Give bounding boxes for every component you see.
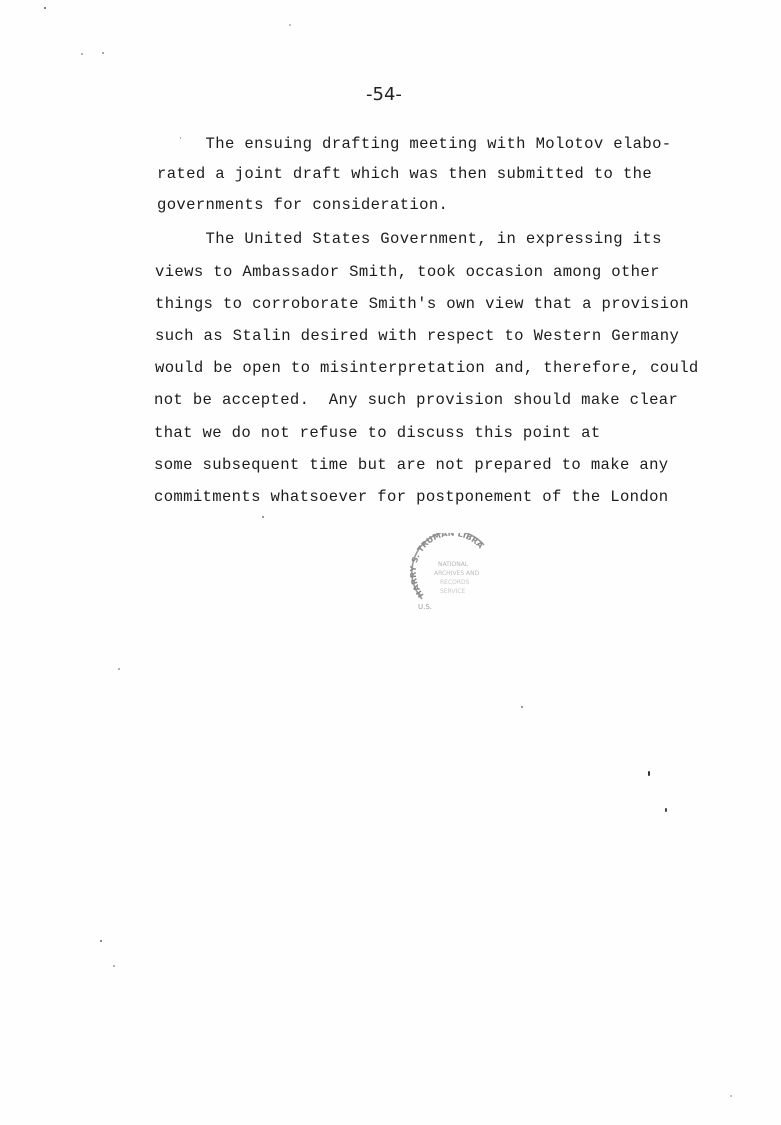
text-line: governments for consideration.	[157, 198, 448, 214]
scan-speck	[521, 706, 523, 708]
stamp-line: ARCHIVES AND	[434, 570, 480, 577]
text-line: not be accepted. Any such provision shou…	[154, 393, 678, 409]
scan-speck	[81, 53, 83, 55]
scan-speck	[100, 940, 102, 942]
stamp-bottom-text: U.S.	[418, 603, 432, 611]
scan-speck	[44, 7, 46, 9]
text-line: The United States Government, in express…	[157, 232, 662, 248]
text-line: views to Ambassador Smith, took occasion…	[155, 265, 660, 281]
text-line: things to corroborate Smith's own view t…	[155, 297, 689, 313]
text-line: that we do not refuse to discuss this po…	[154, 426, 601, 442]
scan-speck	[262, 516, 264, 518]
text-line: commitments whatsoever for postponement …	[154, 490, 669, 506]
scan-speck	[289, 24, 291, 26]
stamp-line: NATIONAL	[438, 561, 469, 568]
scan-speck	[180, 137, 181, 139]
text-line: such as Stalin desired with respect to W…	[155, 329, 679, 345]
document-page: -54- The ensuing drafting meeting with M…	[0, 0, 781, 1125]
page-number: -54-	[366, 84, 402, 105]
scan-speck	[118, 668, 120, 670]
stamp-line: RECORDS	[440, 579, 470, 586]
scan-speck	[113, 965, 115, 967]
text-line: some subsequent time but are not prepare…	[154, 458, 669, 474]
scan-speck	[102, 52, 104, 54]
scan-speck	[648, 771, 650, 776]
scan-speck	[730, 1095, 732, 1097]
text-line: would be open to misinterpretation and, …	[155, 361, 699, 377]
text-line: The ensuing drafting meeting with Moloto…	[157, 137, 672, 153]
stamp-line: SERVICE	[440, 588, 466, 595]
scan-speck	[665, 808, 667, 812]
archive-stamp-icon: HARRY S. TRUMAN LIBRARY NATIONAL ARCHIVE…	[410, 533, 502, 617]
text-line: rated a joint draft which was then submi…	[157, 167, 652, 183]
